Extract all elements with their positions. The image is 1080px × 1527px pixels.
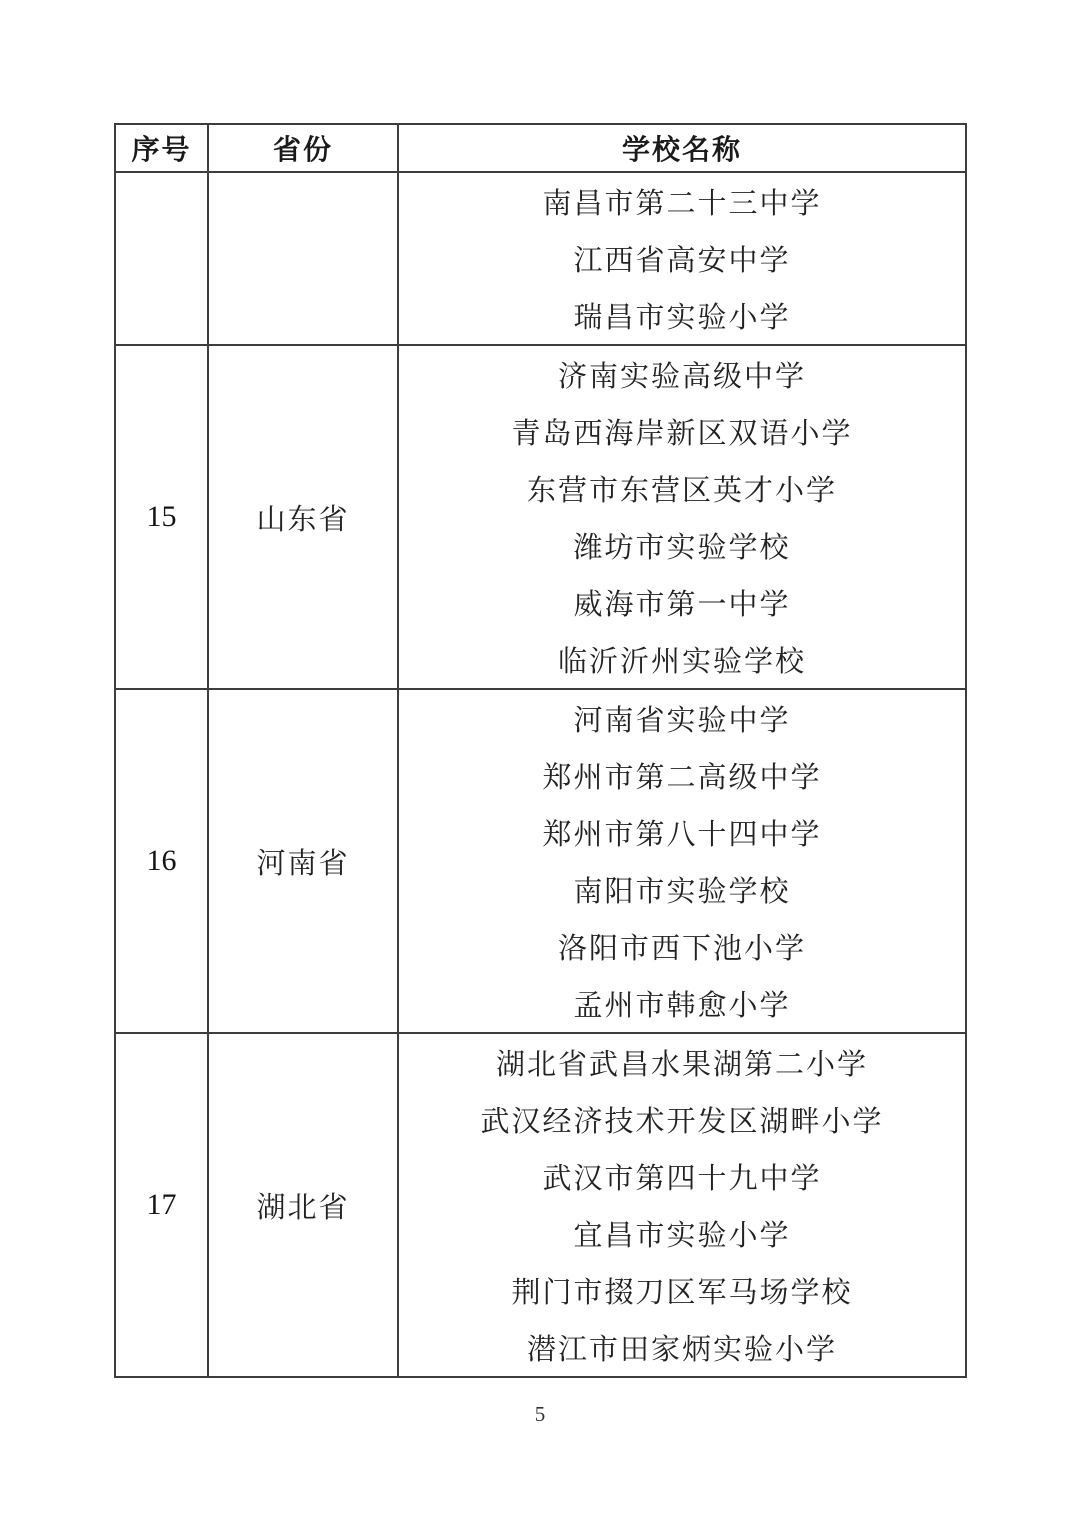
school-list-table: 序号 省份 学校名称 南昌市第二十三中学江西省高安中学瑞昌市实验小学15山东省济… <box>114 123 967 1378</box>
school-name: 潜江市田家炳实验小学 <box>399 1319 965 1376</box>
table-section-row: 17湖北省湖北省武昌水果湖第二小学武汉经济技术开发区湖畔小学武汉市第四十九中学宜… <box>115 1033 966 1377</box>
school-name: 孟州市韩愈小学 <box>399 975 965 1032</box>
school-name: 江西省高安中学 <box>399 230 965 287</box>
school-name: 武汉市第四十九中学 <box>399 1148 965 1205</box>
column-header-province: 省份 <box>208 124 398 172</box>
school-name: 青岛西海岸新区双语小学 <box>399 403 965 460</box>
serial-number-cell <box>115 172 208 345</box>
school-name: 湖北省武昌水果湖第二小学 <box>399 1034 965 1091</box>
province-cell: 河南省 <box>208 689 398 1033</box>
document-page: 序号 省份 学校名称 南昌市第二十三中学江西省高安中学瑞昌市实验小学15山东省济… <box>0 0 1080 1527</box>
page-number: 5 <box>0 1402 1080 1427</box>
serial-number-cell: 16 <box>115 689 208 1033</box>
province-cell <box>208 172 398 345</box>
table-section-row: 16河南省河南省实验中学郑州市第二高级中学郑州市第八十四中学南阳市实验学校洛阳市… <box>115 689 966 1033</box>
serial-number-cell: 17 <box>115 1033 208 1377</box>
school-name: 瑞昌市实验小学 <box>399 287 965 344</box>
province-cell: 山东省 <box>208 345 398 689</box>
school-name: 南昌市第二十三中学 <box>399 173 965 230</box>
school-name: 宜昌市实验小学 <box>399 1205 965 1262</box>
column-header-serial-number: 序号 <box>115 124 208 172</box>
school-name: 威海市第一中学 <box>399 574 965 631</box>
province-cell: 湖北省 <box>208 1033 398 1377</box>
school-name: 荆门市掇刀区军马场学校 <box>399 1262 965 1319</box>
school-name: 洛阳市西下池小学 <box>399 918 965 975</box>
school-name: 济南实验高级中学 <box>399 346 965 403</box>
school-names-cell: 湖北省武昌水果湖第二小学武汉经济技术开发区湖畔小学武汉市第四十九中学宜昌市实验小… <box>398 1033 966 1377</box>
school-name: 武汉经济技术开发区湖畔小学 <box>399 1091 965 1148</box>
school-names-cell: 南昌市第二十三中学江西省高安中学瑞昌市实验小学 <box>398 172 966 345</box>
school-names-cell: 济南实验高级中学青岛西海岸新区双语小学东营市东营区英才小学潍坊市实验学校威海市第… <box>398 345 966 689</box>
school-names-cell: 河南省实验中学郑州市第二高级中学郑州市第八十四中学南阳市实验学校洛阳市西下池小学… <box>398 689 966 1033</box>
school-name: 临沂沂州实验学校 <box>399 631 965 688</box>
school-name: 郑州市第八十四中学 <box>399 804 965 861</box>
table-header-row: 序号 省份 学校名称 <box>115 124 966 172</box>
column-header-school-name: 学校名称 <box>398 124 966 172</box>
school-name: 东营市东营区英才小学 <box>399 460 965 517</box>
school-name: 郑州市第二高级中学 <box>399 747 965 804</box>
school-name: 潍坊市实验学校 <box>399 517 965 574</box>
table-section-row: 南昌市第二十三中学江西省高安中学瑞昌市实验小学 <box>115 172 966 345</box>
table-section-row: 15山东省济南实验高级中学青岛西海岸新区双语小学东营市东营区英才小学潍坊市实验学… <box>115 345 966 689</box>
school-name: 河南省实验中学 <box>399 690 965 747</box>
school-name: 南阳市实验学校 <box>399 861 965 918</box>
serial-number-cell: 15 <box>115 345 208 689</box>
